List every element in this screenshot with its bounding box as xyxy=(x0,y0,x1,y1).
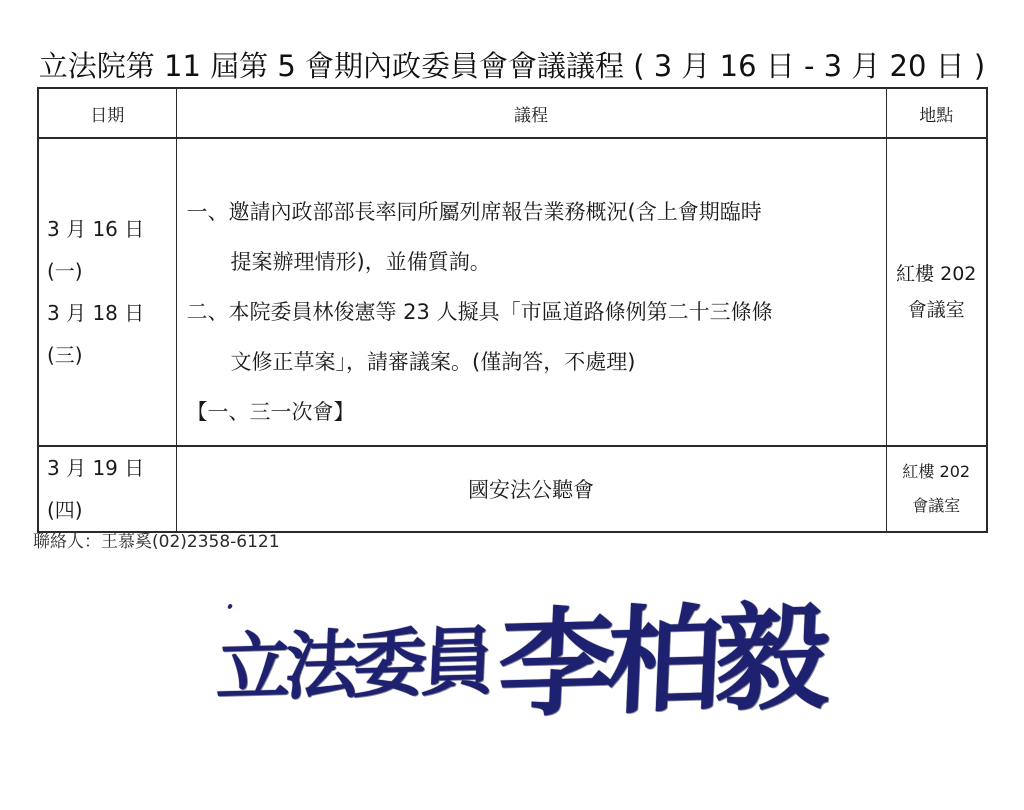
signature-title: 立法委員 xyxy=(215,603,492,716)
table-row: 3 月 16 日(一) 3 月 18 日(三) 一、邀請內政部部長率同所屬列席報… xyxy=(38,138,987,446)
agenda-cell-row1: 一、邀請內政部部長率同所屬列席報告業務概況(含上會期臨時 提案辦理情形)，並備質… xyxy=(176,138,886,446)
column-header-date: 日期 xyxy=(38,88,176,138)
date-line-1: 3 月 16 日(一) xyxy=(47,208,176,292)
table-header-row: 日期 議程 地點 xyxy=(38,88,987,138)
location-line-1: 紅樓 202 xyxy=(887,256,987,292)
agenda-item2-line2: 文修正草案」，請審議案。(僅詢答，不處理) xyxy=(187,337,880,387)
date-cell-row1: 3 月 16 日(一) 3 月 18 日(三) xyxy=(38,138,176,446)
agenda-item1-line2: 提案辦理情形)，並備質詢。 xyxy=(187,237,880,287)
location-cell-row1: 紅樓 202 會議室 xyxy=(886,138,987,446)
agenda-note: 【一、三一次會】 xyxy=(187,387,880,437)
column-header-location: 地點 xyxy=(886,88,987,138)
signature-name: 李柏毅 xyxy=(495,563,826,739)
location-line-1: 紅樓 202 xyxy=(887,455,987,489)
legislator-signature: 立法委員 李柏毅 xyxy=(183,557,857,752)
date-line-1: 3 月 19 日(四) xyxy=(47,447,176,531)
location-cell-row2: 紅樓 202 會議室 xyxy=(886,446,987,532)
location-line-2: 會議室 xyxy=(887,489,987,523)
column-header-agenda: 議程 xyxy=(176,88,886,138)
page-title: 立法院第 11 屆第 5 會期內政委員會會議議程 ( 3 月 16 日 - 3 … xyxy=(0,44,1024,85)
date-line-2: 3 月 18 日(三) xyxy=(47,292,176,376)
contact-info: 聯絡人：王慕奚(02)2358-6121 xyxy=(33,527,280,552)
date-cell-row2: 3 月 19 日(四) xyxy=(38,446,176,532)
table-row: 3 月 19 日(四) 國安法公聽會 紅樓 202 會議室 xyxy=(38,446,987,532)
agenda-table: 日期 議程 地點 3 月 16 日(一) 3 月 18 日(三) 一、邀請內政部… xyxy=(37,87,988,533)
agenda-item1-line1: 一、邀請內政部部長率同所屬列席報告業務概況(含上會期臨時 xyxy=(187,187,880,237)
agenda-cell-row2: 國安法公聽會 xyxy=(176,446,886,532)
agenda-item2-line1: 二、本院委員林俊憲等 23 人擬具「市區道路條例第二十三條條 xyxy=(187,287,880,337)
location-line-2: 會議室 xyxy=(887,292,987,328)
